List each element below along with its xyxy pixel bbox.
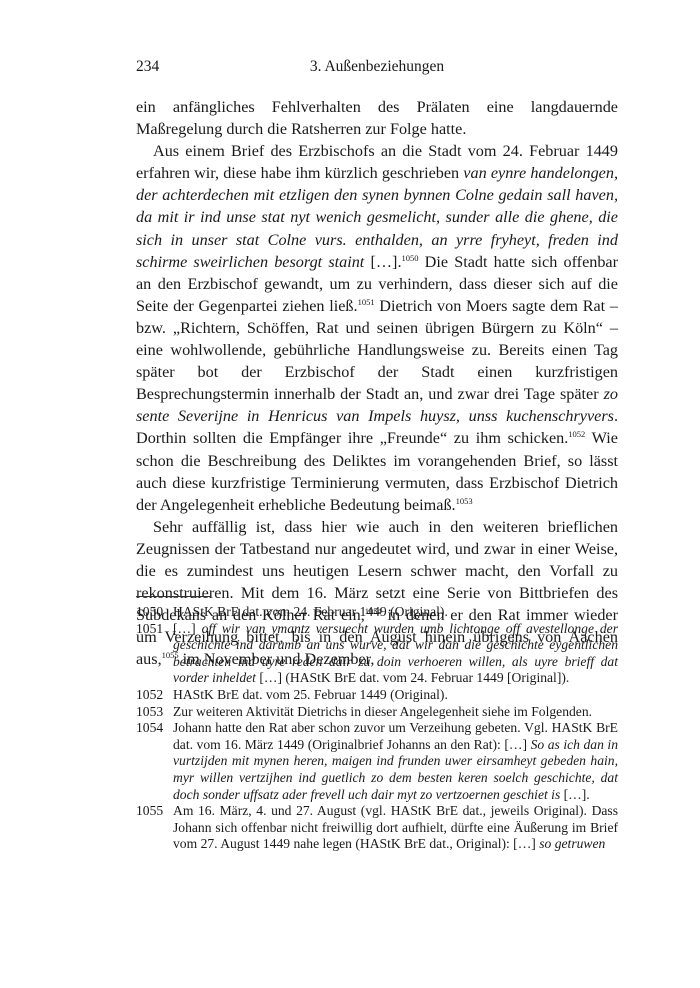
text-run: Zur weiteren Aktivität Dietrichs in dies… — [173, 704, 592, 719]
footnote-number: 1052 — [136, 687, 163, 704]
page-header: 234 3. Außenbeziehungen — [136, 58, 618, 80]
text-run: […]. — [364, 253, 401, 271]
paragraph: ein anfängliches Fehlverhalten des Präla… — [136, 96, 618, 140]
footnote: 1054Johann hatte den Rat aber schon zuvo… — [136, 720, 618, 803]
footnote: 1050HAStK BrE dat. vom 24. Februar 1449 … — [136, 604, 618, 621]
text-run: HAStK BrE dat. vom 25. Februar 1449 (Ori… — [173, 687, 448, 702]
footnote: 1052HAStK BrE dat. vom 25. Februar 1449 … — [136, 687, 618, 704]
footnote-number: 1053 — [136, 704, 163, 721]
footnote-number: 1050 — [136, 604, 163, 621]
footnote-reference[interactable]: 1050 — [402, 253, 419, 263]
text-run: HAStK BrE dat. vom 24. Februar 1449 (Ori… — [173, 604, 448, 619]
footnote: 1053Zur weiteren Aktivität Dietrichs in … — [136, 704, 618, 721]
footnote-number: 1055 — [136, 803, 163, 820]
footnote-reference[interactable]: 1053 — [456, 496, 473, 506]
paragraph: Aus einem Brief des Erzbischofs an die S… — [136, 140, 618, 516]
footnote-separator — [136, 596, 211, 597]
footnote: 1055Am 16. März, 4. und 27. August (vgl.… — [136, 803, 618, 853]
footnote-number: 1054 — [136, 720, 163, 737]
footnote: 1051[…] off wir van ymantz versuecht wur… — [136, 621, 618, 687]
text-run: […] (HAStK BrE dat. vom 24. Februar 1449… — [256, 670, 569, 685]
running-title: 3. Außenbeziehungen — [136, 58, 618, 76]
text-run: ein anfängliches Fehlverhalten des Präla… — [136, 98, 618, 138]
main-text: ein anfängliches Fehlverhalten des Präla… — [136, 96, 618, 670]
text-run: […] — [173, 621, 202, 636]
footnote-reference[interactable]: 1051 — [358, 297, 375, 307]
footnotes: 1050HAStK BrE dat. vom 24. Februar 1449 … — [136, 604, 618, 853]
text-run: […]. — [560, 787, 589, 802]
italic-quote: so getruwen — [539, 836, 605, 851]
footnote-reference[interactable]: 1052 — [568, 429, 585, 439]
footnote-number: 1051 — [136, 621, 163, 638]
